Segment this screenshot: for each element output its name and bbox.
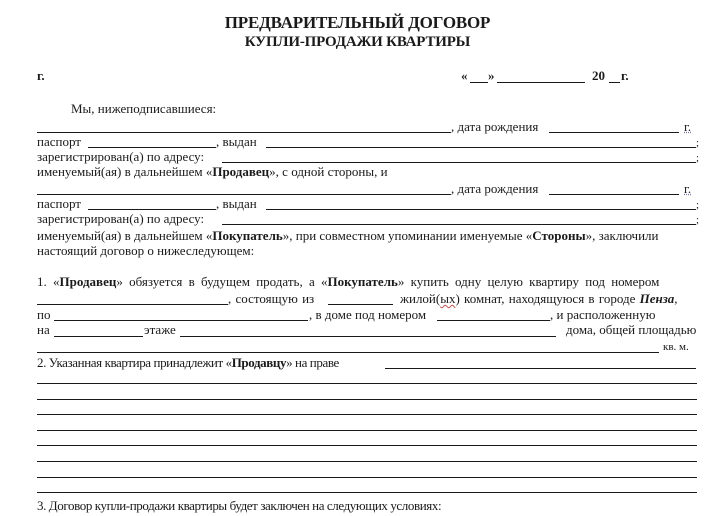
- area-label: дома, общей площадью: [566, 322, 696, 337]
- document-subtitle: КУПЛИ-ПРОДАЖИ КВАРТИРЫ: [0, 34, 715, 51]
- clause2-blank-line[interactable]: [37, 399, 697, 400]
- clause2-blank-line[interactable]: [37, 461, 697, 462]
- buyer-issued-field[interactable]: [266, 209, 696, 210]
- street-label: по: [37, 307, 50, 322]
- intro-text: Мы, нижеподписавшиеся:: [71, 101, 216, 116]
- clause2-text: 2. Указанная квартира принадлежит «Прода…: [37, 355, 339, 370]
- floor-field[interactable]: [54, 336, 143, 337]
- seller-birth-label: , дата рождения: [451, 119, 538, 134]
- parties-term: Стороны: [532, 228, 585, 243]
- consisting-label: , состоящую из: [228, 291, 314, 306]
- buyer-continuation: настоящий договор о нижеследующем:: [37, 243, 254, 258]
- buyer-birth-field[interactable]: [549, 194, 679, 195]
- date-year-field[interactable]: [609, 82, 620, 83]
- seller-issued-end: ;: [696, 136, 699, 151]
- buyer-issued-label: , выдан: [216, 196, 257, 211]
- seller-issued-field[interactable]: [266, 147, 696, 148]
- on-label: на: [37, 322, 50, 337]
- buyer-role: Покупатель: [212, 228, 282, 243]
- buyer-passport-label: паспорт: [37, 196, 81, 211]
- buyer-name-field[interactable]: [37, 194, 451, 195]
- apartment-number-field[interactable]: [37, 304, 228, 305]
- clause2-blank-line[interactable]: [37, 477, 697, 478]
- buyer-address-end: ;: [696, 213, 699, 228]
- clause2-blank-line[interactable]: [37, 445, 697, 446]
- seller-issued-label: , выдан: [216, 134, 257, 149]
- clause2-blank-line[interactable]: [37, 383, 697, 384]
- house-label: , в доме под номером: [309, 307, 426, 322]
- area-unit: кв. м.: [663, 340, 689, 355]
- ownership-right-field[interactable]: [385, 368, 696, 369]
- city-label: г.: [37, 68, 45, 83]
- seller-registered-label: зарегистрирован(а) по адресу:: [37, 149, 204, 164]
- clause2-blank-line[interactable]: [37, 430, 697, 431]
- buyer-address-field[interactable]: [222, 224, 696, 225]
- date-day-field[interactable]: [470, 82, 488, 83]
- clause2-blank-line[interactable]: [37, 492, 697, 493]
- located-label: , и расположенную: [550, 307, 655, 322]
- seller-passport-field[interactable]: [88, 147, 216, 148]
- date-year-prefix: 20: [592, 68, 605, 83]
- buyer-passport-field[interactable]: [88, 209, 216, 210]
- buyer-issued-end: ;: [696, 198, 699, 213]
- buyer-birth-label: , дата рождения: [451, 181, 538, 196]
- rooms-text: жилой(ых) комнат, находящуюся в городе П…: [400, 291, 678, 306]
- date-year-suffix: г.: [621, 68, 629, 83]
- clause1-line1: 1. «Продавец» обязуется в будущем продат…: [37, 274, 659, 289]
- rooms-count-field[interactable]: [328, 304, 393, 305]
- seller-year-suffix: г.: [684, 119, 691, 134]
- seller-passport-label: паспорт: [37, 134, 81, 149]
- seller-name-field[interactable]: [37, 132, 451, 133]
- floor-label: этаже: [144, 322, 176, 337]
- document-title: ПРЕДВАРИТЕЛЬНЫЙ ДОГОВОР: [0, 13, 715, 33]
- date-open-quote: «: [461, 68, 468, 83]
- clause3-text: 3. Договор купли-продажи квартиры будет …: [37, 498, 441, 513]
- seller-named-text: именуемый(ая) в дальнейшем «Продавец», с…: [37, 164, 388, 179]
- house-number-field[interactable]: [437, 320, 550, 321]
- area-field[interactable]: [37, 352, 659, 353]
- date-month-field[interactable]: [497, 82, 585, 83]
- contract-page: ПРЕДВАРИТЕЛЬНЫЙ ДОГОВОР КУПЛИ-ПРОДАЖИ КВ…: [0, 0, 715, 516]
- seller-address-end: ;: [696, 151, 699, 166]
- buyer-year-suffix: г.: [684, 181, 691, 196]
- clause2-blank-line[interactable]: [37, 414, 697, 415]
- buyer-registered-label: зарегистрирован(а) по адресу:: [37, 211, 204, 226]
- seller-role: Продавец: [212, 164, 269, 179]
- street-field[interactable]: [54, 320, 308, 321]
- seller-birth-field[interactable]: [549, 132, 679, 133]
- floors-total-field[interactable]: [180, 336, 556, 337]
- buyer-named-text: именуемый(ая) в дальнейшем «Покупатель»,…: [37, 228, 658, 243]
- seller-address-field[interactable]: [222, 162, 696, 163]
- city-name: Пенза: [640, 291, 675, 306]
- date-close-quote: »: [488, 68, 495, 83]
